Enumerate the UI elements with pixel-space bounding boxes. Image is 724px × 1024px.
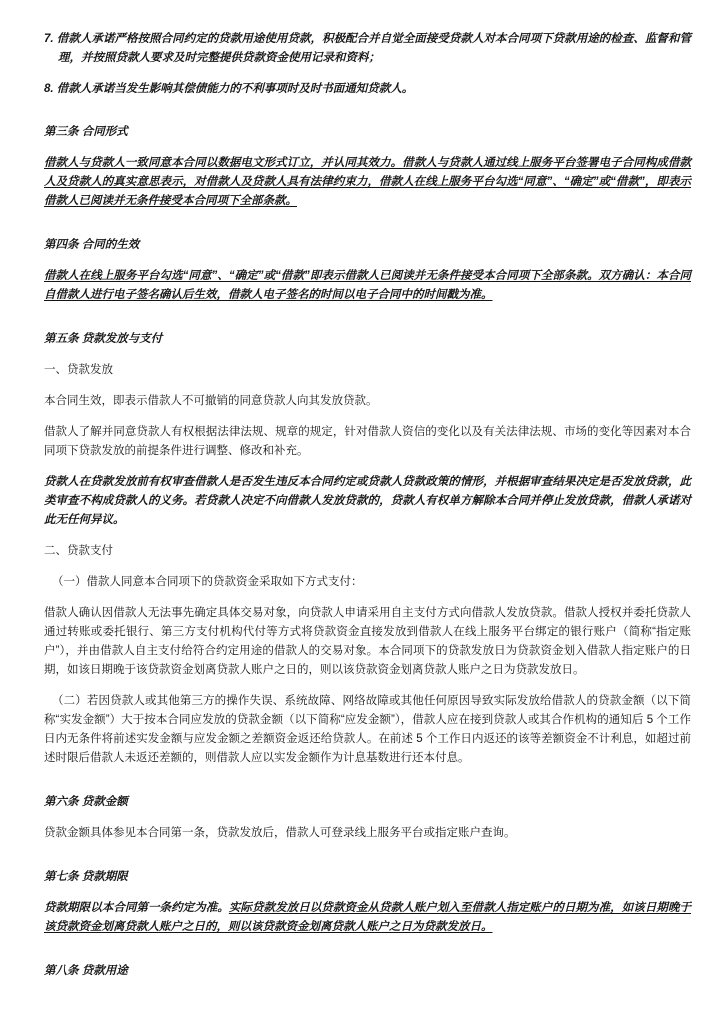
article-5-paragraph-6: （二）若因贷款人或其他第三方的操作失误、系统故障、网络故障或其他任何原因导致实际… xyxy=(44,692,691,768)
article-5-paragraph-3: 贷款人在贷款发放前有权审查借款人是否发生违反本合同约定或贷款人贷款政策的情形，并… xyxy=(44,473,691,530)
article-8-heading: 第八条 贷款用途 xyxy=(44,962,691,981)
clause-item-7: 7. 借款人承诺严格按照合同约定的贷款用途使用贷款，积极配合并自觉全面接受贷款人… xyxy=(44,30,691,68)
contract-document-page: 7. 借款人承诺严格按照合同约定的贷款用途使用贷款，积极配合并自觉全面接受贷款人… xyxy=(0,0,724,1024)
article-5-paragraph-4: （一）借款人同意本合同项下的贷款资金采取如下方式支付： xyxy=(44,573,691,592)
article-7-lead-text: 贷款期限以本合同第一条约定为准。 xyxy=(44,902,229,914)
article-4-body: 借款人在线上服务平台勾选“同意”、“确定”或“借款”即表示借款人已阅读并无条件接… xyxy=(44,267,691,305)
article-3-body: 借款人与贷款人一致同意本合同以数据电文形式订立，并认同其效力。借款人与贷款人通过… xyxy=(44,154,691,211)
article-5-paragraph-5: 借款人确认因借款人无法事先确定具体交易对象，向贷款人申请采用自主支付方式向借款人… xyxy=(44,604,691,680)
article-5-section-1-title: 一、贷款发放 xyxy=(44,361,691,380)
article-5-section-2-title: 二、贷款支付 xyxy=(44,542,691,561)
article-3-heading: 第三条 合同形式 xyxy=(44,123,691,142)
contract-content: 7. 借款人承诺严格按照合同约定的贷款用途使用贷款，积极配合并自觉全面接受贷款人… xyxy=(0,0,724,981)
article-5-heading: 第五条 贷款发放与支付 xyxy=(44,330,691,349)
article-4-heading: 第四条 合同的生效 xyxy=(44,236,691,255)
article-6-heading: 第六条 贷款金额 xyxy=(44,793,691,812)
article-6-body: 贷款金额具体参见本合同第一条，贷款发放后，借款人可登录线上服务平台或指定账户查询… xyxy=(44,824,691,843)
clause-item-8: 8. 借款人承诺当发生影响其偿债能力的不利事项时及时书面通知贷款人。 xyxy=(44,80,691,99)
article-7-body: 贷款期限以本合同第一条约定为准。实际贷款发放日以贷款资金从贷款人账户划入至借款人… xyxy=(44,899,691,937)
article-5-paragraph-1: 本合同生效，即表示借款人不可撤销的同意贷款人向其发放贷款。 xyxy=(44,392,691,411)
article-5-paragraph-2: 借款人了解并同意贷款人有权根据法律法规、规章的规定，针对借款人资信的变化以及有关… xyxy=(44,423,691,461)
article-7-heading: 第七条 贷款期限 xyxy=(44,868,691,887)
